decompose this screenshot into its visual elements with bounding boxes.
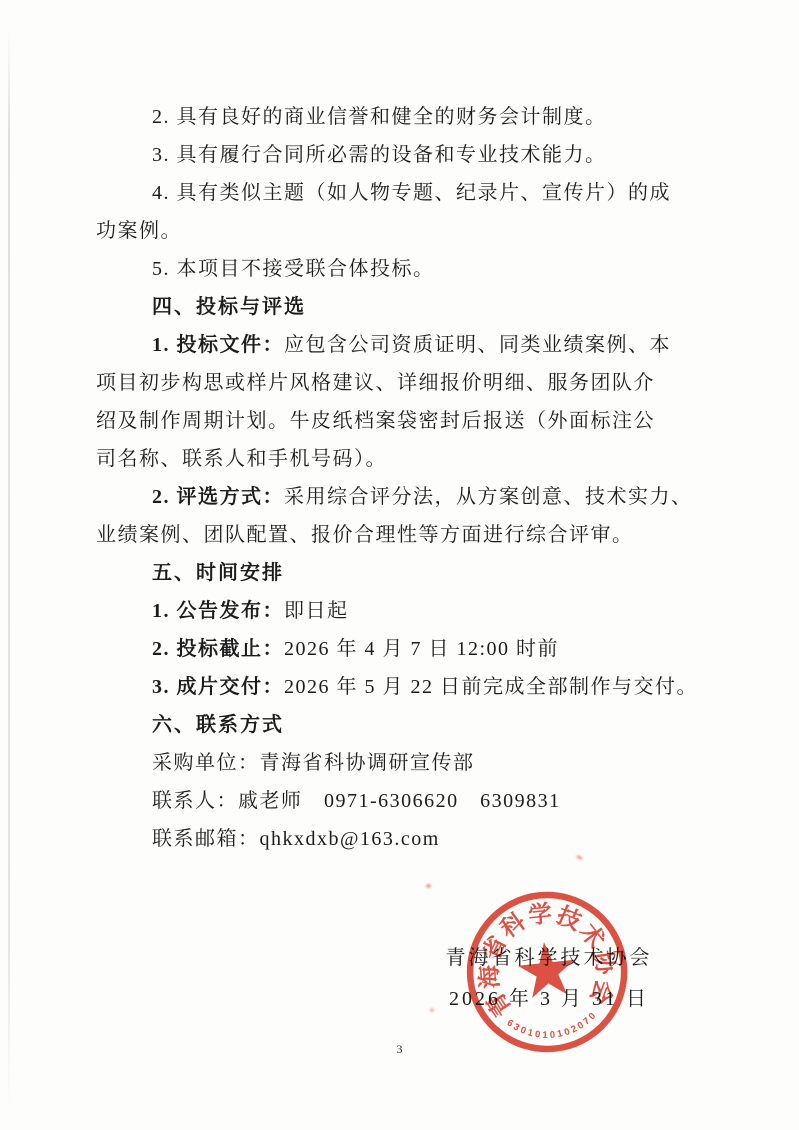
announcement-date-item: 1. 公告发布：即日起 [96,592,704,630]
section-heading-bidding: 四、投标与评选 [96,288,704,326]
bid-documents-clause: 1. 投标文件：应包含公司资质证明、同类业绩案例、本 项目初步构思或样片风格建议… [96,326,704,478]
delivery-date-item: 3. 成片交付：2026 年 5 月 22 日前完成全部制作与交付。 [96,668,704,706]
section-heading-schedule: 五、时间安排 [96,554,704,592]
clause-label: 3. 成片交付： [152,676,284,698]
paragraph-text: 即日起 [284,600,349,622]
seal-star [516,939,578,999]
purchaser-line: 采购单位：青海省科协调研宣传部 [96,744,704,782]
clause-label: 2. 投标截止： [152,638,284,660]
paragraph-text: 2026 年 4 月 7 日 12:00 时前 [284,638,559,660]
qualification-item-4: 4. 具有类似主题（如人物专题、纪录片、宣传片）的成 功案例。 [96,174,704,250]
document-body: 2. 具有良好的商业信誉和健全的财务会计制度。 3. 具有履行合同所必需的设备和… [96,98,704,858]
paragraph-text: 联系邮箱：qhkxdxb@163.com [152,828,440,850]
paragraph-text: 2026 年 5 月 22 日前完成全部制作与交付。 [284,676,698,698]
clause-label: 1. 投标文件： [152,334,284,356]
qualification-item-5: 5. 本项目不接受联合体投标。 [96,250,704,288]
paragraph-text: 4. 具有类似主题（如人物专题、纪录片、宣传片）的成 功案例。 [96,182,671,242]
qualification-item-2: 2. 具有良好的商业信誉和健全的财务会计制度。 [96,98,704,136]
paragraph-text: 联系人：戚老师 0971-6306620 6309831 [152,790,561,812]
section-heading-contact: 六、联系方式 [96,706,704,744]
scan-artifact-line [8,28,10,1108]
bid-deadline-item: 2. 投标截止：2026 年 4 月 7 日 12:00 时前 [96,630,704,668]
qualification-item-3: 3. 具有履行合同所必需的设备和专业技术能力。 [96,136,704,174]
paragraph-text: 3. 具有履行合同所必需的设备和专业技术能力。 [152,144,607,166]
paragraph-text: 5. 本项目不接受联合体投标。 [152,258,435,280]
seal-smudge [430,1008,434,1012]
evaluation-method-clause: 2. 评选方式：采用综合评分法，从方案创意、技术实力、 业绩案例、团队配置、报价… [96,478,704,554]
official-seal: 青海省科学技术协会 6301010102070 [447,871,647,1071]
paragraph-text: 2. 具有良好的商业信誉和健全的财务会计制度。 [152,106,607,128]
contact-person-line: 联系人：戚老师 0971-6306620 6309831 [96,782,704,820]
paragraph-text: 采购单位：青海省科协调研宣传部 [152,752,475,774]
clause-label: 2. 评选方式： [152,486,284,508]
seal-smudge [426,884,431,888]
contact-email-line: 联系邮箱：qhkxdxb@163.com [96,820,704,858]
clause-label: 1. 公告发布： [152,600,284,622]
page-number: 3 [0,1042,799,1057]
